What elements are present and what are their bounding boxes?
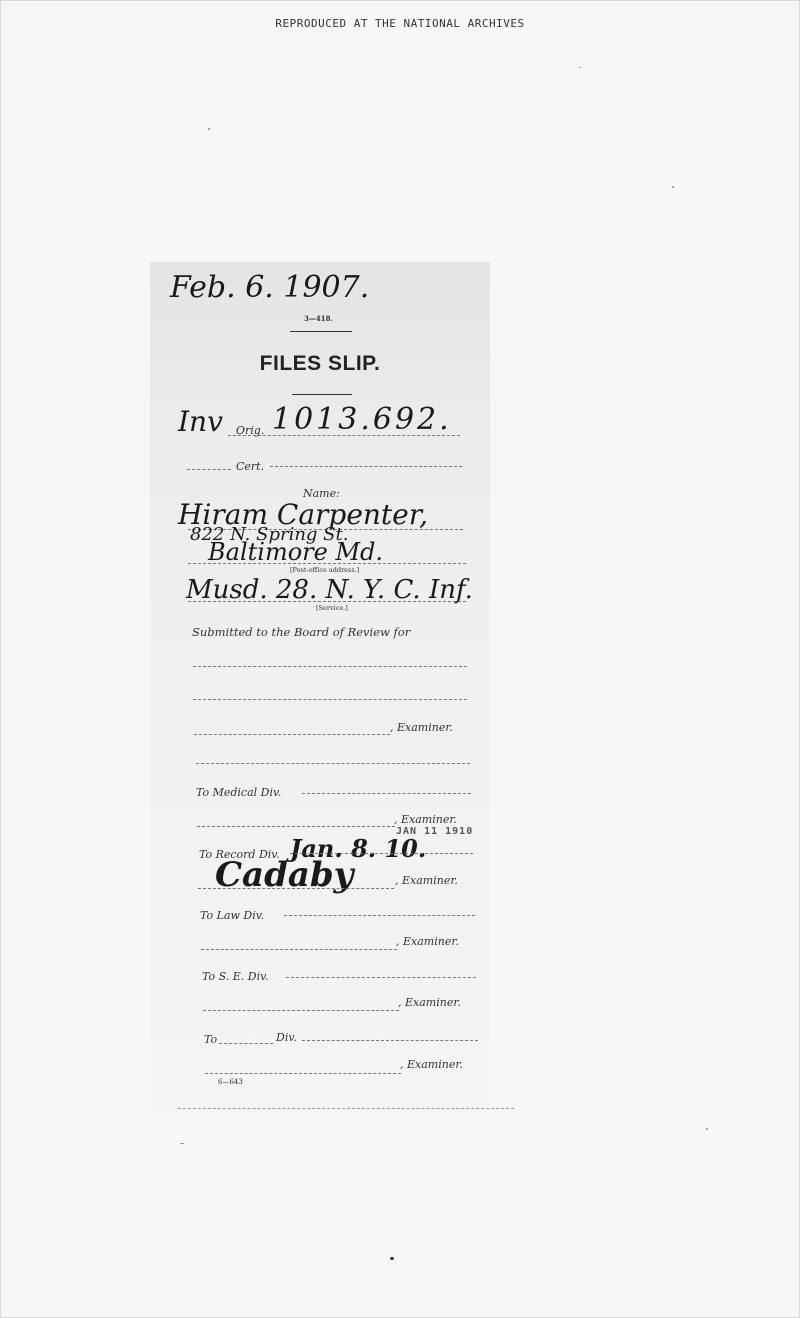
se-div-label: To S. E. Div. <box>202 970 269 983</box>
scan-speck <box>208 128 210 130</box>
record-examiner-line <box>198 888 394 889</box>
scan-speck <box>706 1128 708 1130</box>
title-rule-bottom <box>292 394 352 395</box>
scan-speck <box>390 1257 394 1260</box>
record-examiner-label: , Examiner. <box>395 874 458 887</box>
address-line <box>188 563 466 564</box>
title-rule-top <box>290 331 352 332</box>
law-div-label: To Law Div. <box>200 909 264 922</box>
law-div-line <box>284 915 475 916</box>
handwritten-date: Feb. 6. 1907. <box>170 270 369 305</box>
cert-line <box>270 466 462 467</box>
slip-title: FILES SLIP. <box>150 352 490 376</box>
record-div-line <box>290 853 473 854</box>
orig-line <box>228 435 460 436</box>
other-div-to-label: To <box>204 1033 217 1046</box>
service-line <box>188 601 466 602</box>
medical-examiner-line <box>197 826 395 827</box>
other-examiner-label: , Examiner. <box>400 1058 463 1071</box>
medical-div-line <box>302 793 471 794</box>
cert-prefix-line <box>187 469 231 470</box>
medical-examiner-label: , Examiner. <box>394 813 457 826</box>
other-examiner-line <box>205 1073 401 1074</box>
board-review-line-2 <box>193 699 467 700</box>
medical-div-label: To Medical Div. <box>196 786 281 799</box>
post-office-caption: [Post-office address.] <box>290 566 359 574</box>
se-examiner-line <box>203 1010 399 1011</box>
record-examiner-signature: Cadaby <box>215 855 353 895</box>
law-examiner-label: , Examiner. <box>396 935 459 948</box>
law-examiner-line <box>201 949 397 950</box>
other-div-name-line <box>219 1043 273 1044</box>
form-number: 3—418. <box>304 314 333 323</box>
se-examiner-label: , Examiner. <box>398 996 461 1009</box>
service-caption: [Service.] <box>316 604 348 612</box>
handwritten-address-line2: Baltimore Md. <box>208 538 383 566</box>
orig-number: 1013.692. <box>272 402 452 437</box>
orig-prefix: Inv <box>178 405 223 438</box>
board-review-line-1 <box>193 666 467 667</box>
se-div-line <box>286 977 476 978</box>
board-examiner-label: , Examiner. <box>390 721 453 734</box>
cert-label: Cert. <box>236 460 264 473</box>
slip-bottom-edge <box>178 1108 514 1109</box>
board-review-line-3 <box>196 763 470 764</box>
scan-speck <box>579 67 581 68</box>
files-slip <box>150 262 490 1112</box>
other-div-line <box>302 1040 478 1041</box>
other-div-label: Div. <box>276 1031 297 1044</box>
footer-code: 6—643 <box>218 1078 243 1086</box>
scan-speck <box>672 186 674 188</box>
archives-stamp: REPRODUCED AT THE NATIONAL ARCHIVES <box>0 17 800 30</box>
board-examiner-line <box>194 734 390 735</box>
scan-speck <box>180 1143 184 1144</box>
board-review-label: Submitted to the Board of Review for <box>192 625 410 639</box>
